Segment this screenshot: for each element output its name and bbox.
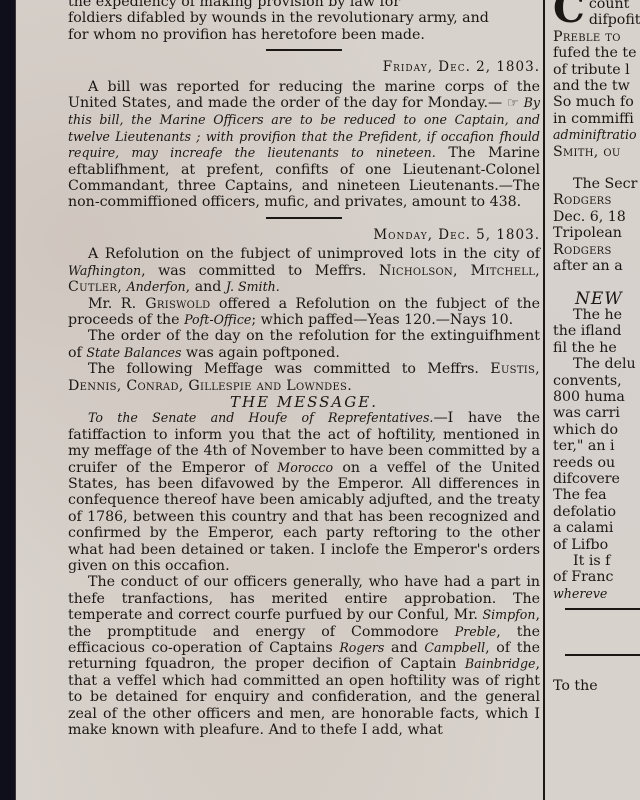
- opening-line: the expediency of making provision by la…: [68, 0, 540, 10]
- main-column: the expediency of making provision by la…: [68, 0, 540, 738]
- right-column: Ccount difpofition Preble to fufed the t…: [553, 0, 640, 695]
- message-heading: THE MESSAGE.: [68, 394, 540, 410]
- opening-line: foldiers difabled by wounds in the revol…: [68, 10, 540, 26]
- dateline-monday: Monday, Dec. 5, 1803.: [68, 227, 540, 243]
- dateline-friday: Friday, Dec. 2, 1803.: [68, 59, 540, 75]
- pointing-hand-icon: ☞: [507, 96, 519, 111]
- resolution-lots-paragraph: A Refolution on the fubject of unimprove…: [68, 246, 540, 295]
- right-column-heading: NEW: [553, 291, 640, 307]
- section-divider: [266, 49, 342, 51]
- section-divider: [565, 608, 640, 610]
- message-paragraph-1: To the Senate and Houfe of Reprefentativ…: [68, 410, 540, 574]
- marine-corps-paragraph: A bill was reported for reducing the mar…: [68, 79, 540, 211]
- post-office-paragraph: Mr. R. Griswold offered a Refolution on …: [68, 296, 540, 329]
- state-balances-paragraph: The order of the day on the refolution f…: [68, 328, 540, 361]
- scan-dark-edge: [0, 0, 16, 800]
- message-committee-paragraph: The following Meffage was committed to M…: [68, 361, 540, 394]
- message-paragraph-2: The conduct of our officers generally, w…: [68, 574, 540, 738]
- message-salutation: To the Senate and Houfe of Reprefentativ…: [88, 410, 433, 425]
- opening-line: for whom no provifion has heretofore bee…: [68, 27, 540, 43]
- drop-cap: C: [553, 0, 585, 22]
- section-divider: [266, 217, 342, 219]
- column-rule: [543, 0, 545, 800]
- section-divider: [565, 654, 640, 656]
